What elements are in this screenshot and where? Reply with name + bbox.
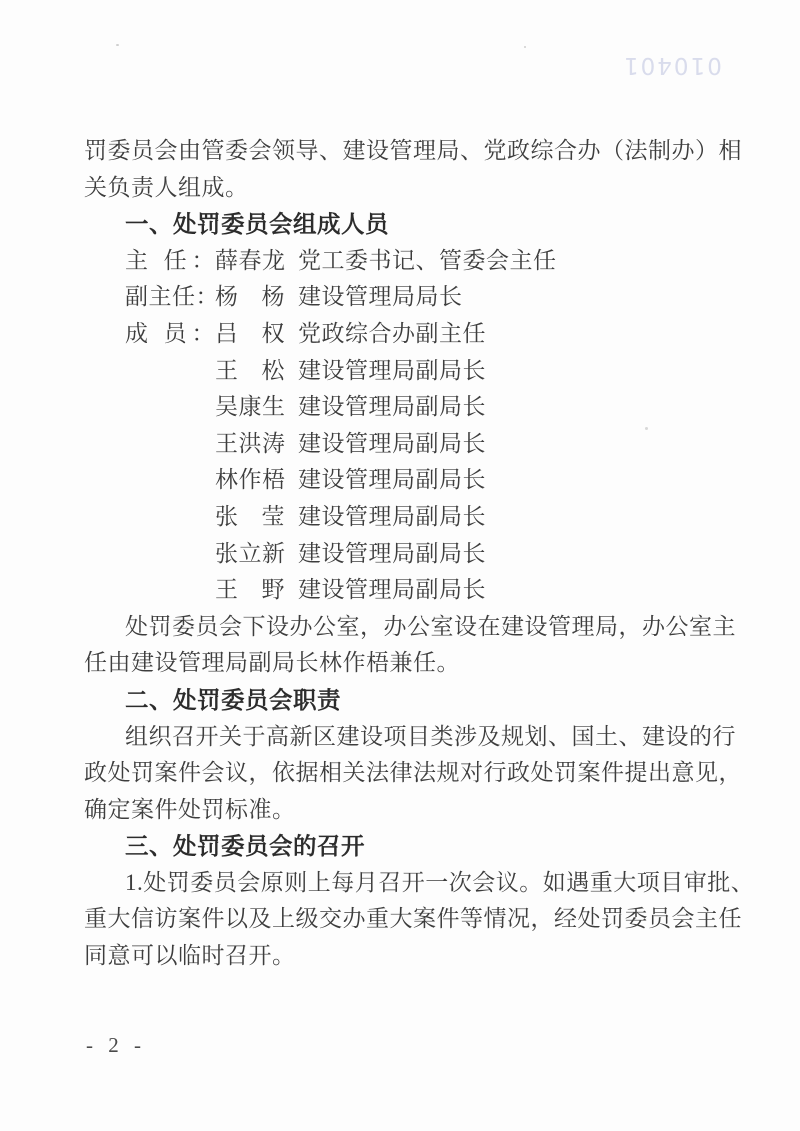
member-row: 王 松 建设管理局副局长 (84, 353, 744, 390)
member-title: 建设管理局副局长 (298, 426, 744, 463)
section2-line-2: 政处罚案件会议，依据相关法律法规对行政处罚案件提出意见， (84, 755, 744, 792)
member-title: 建设管理局副局长 (298, 389, 744, 426)
member-role (125, 572, 215, 609)
stamp-number-watermark: 010401 (622, 52, 722, 78)
member-role (125, 426, 215, 463)
member-name: 薛春龙 (215, 243, 285, 280)
member-name: 王 野 (215, 572, 285, 609)
document-body: 罚委员会由管委会领导、建设管理局、党政综合办（法制办）相 关负责人组成。 一、处… (84, 133, 744, 975)
scan-speck (116, 44, 119, 46)
section2-line-3: 确定案件处罚标准。 (84, 792, 744, 829)
section3-line-2: 重大信访案件以及上级交办重大案件等情况，经处罚委员会主任 (84, 901, 744, 938)
member-role (125, 353, 215, 390)
member-role: 副主任： (125, 279, 215, 316)
member-row: 王 野 建设管理局副局长 (84, 572, 744, 609)
section2-line-1: 组织召开关于高新区建设项目类涉及规划、国土、建设的行 (84, 719, 744, 756)
member-title: 党工委书记、管委会主任 (298, 243, 744, 280)
office-paragraph-line-1: 处罚委员会下设办公室，办公室设在建设管理局，办公室主 (84, 609, 744, 646)
member-name: 张 莹 (215, 499, 285, 536)
member-name: 王 松 (215, 353, 285, 390)
member-title: 建设管理局局长 (298, 279, 744, 316)
page-number: - 2 - (86, 1033, 146, 1058)
member-name: 吴康生 (215, 389, 285, 426)
member-title: 党政综合办副主任 (298, 316, 744, 353)
member-title: 建设管理局副局长 (298, 499, 744, 536)
office-paragraph-line-2: 任由建设管理局副局长林作梧兼任。 (84, 645, 744, 682)
member-role: 主 任： (125, 243, 215, 280)
member-row: 吴康生 建设管理局副局长 (84, 389, 744, 426)
section3-line-1: 1.处罚委员会原则上每月召开一次会议。如遇重大项目审批、 (84, 865, 744, 902)
member-title: 建设管理局副局长 (298, 353, 744, 390)
member-name: 杨 杨 (215, 279, 285, 316)
member-role (125, 536, 215, 573)
member-name: 王洪涛 (215, 426, 285, 463)
member-title: 建设管理局副局长 (298, 572, 744, 609)
member-row: 王洪涛 建设管理局副局长 (84, 426, 744, 463)
member-name: 林作梧 (215, 462, 285, 499)
member-role: 成 员： (125, 316, 215, 353)
member-name: 张立新 (215, 536, 285, 573)
member-row: 张 莹 建设管理局副局长 (84, 499, 744, 536)
member-row: 张立新 建设管理局副局长 (84, 536, 744, 573)
member-role (125, 389, 215, 426)
section3-heading: 三、处罚委员会的召开 (84, 828, 744, 865)
scanned-document-page: 010401 罚委员会由管委会领导、建设管理局、党政综合办（法制办）相 关负责人… (0, 0, 800, 1131)
intro-line-1: 罚委员会由管委会领导、建设管理局、党政综合办（法制办）相 (84, 133, 744, 170)
scan-speck (524, 46, 526, 48)
member-row-vice-chairman: 副主任： 杨 杨 建设管理局局长 (84, 279, 744, 316)
member-title: 建设管理局副局长 (298, 462, 744, 499)
member-name: 吕 权 (215, 316, 285, 353)
member-role (125, 462, 215, 499)
section1-heading: 一、处罚委员会组成人员 (84, 206, 744, 243)
member-row: 林作梧 建设管理局副局长 (84, 462, 744, 499)
member-title: 建设管理局副局长 (298, 536, 744, 573)
member-role (125, 499, 215, 536)
intro-line-2: 关负责人组成。 (84, 170, 744, 207)
section3-line-3: 同意可以临时召开。 (84, 938, 744, 975)
member-row: 成 员： 吕 权 党政综合办副主任 (84, 316, 744, 353)
section2-heading: 二、处罚委员会职责 (84, 682, 744, 719)
member-row-chairman: 主 任： 薛春龙 党工委书记、管委会主任 (84, 243, 744, 280)
